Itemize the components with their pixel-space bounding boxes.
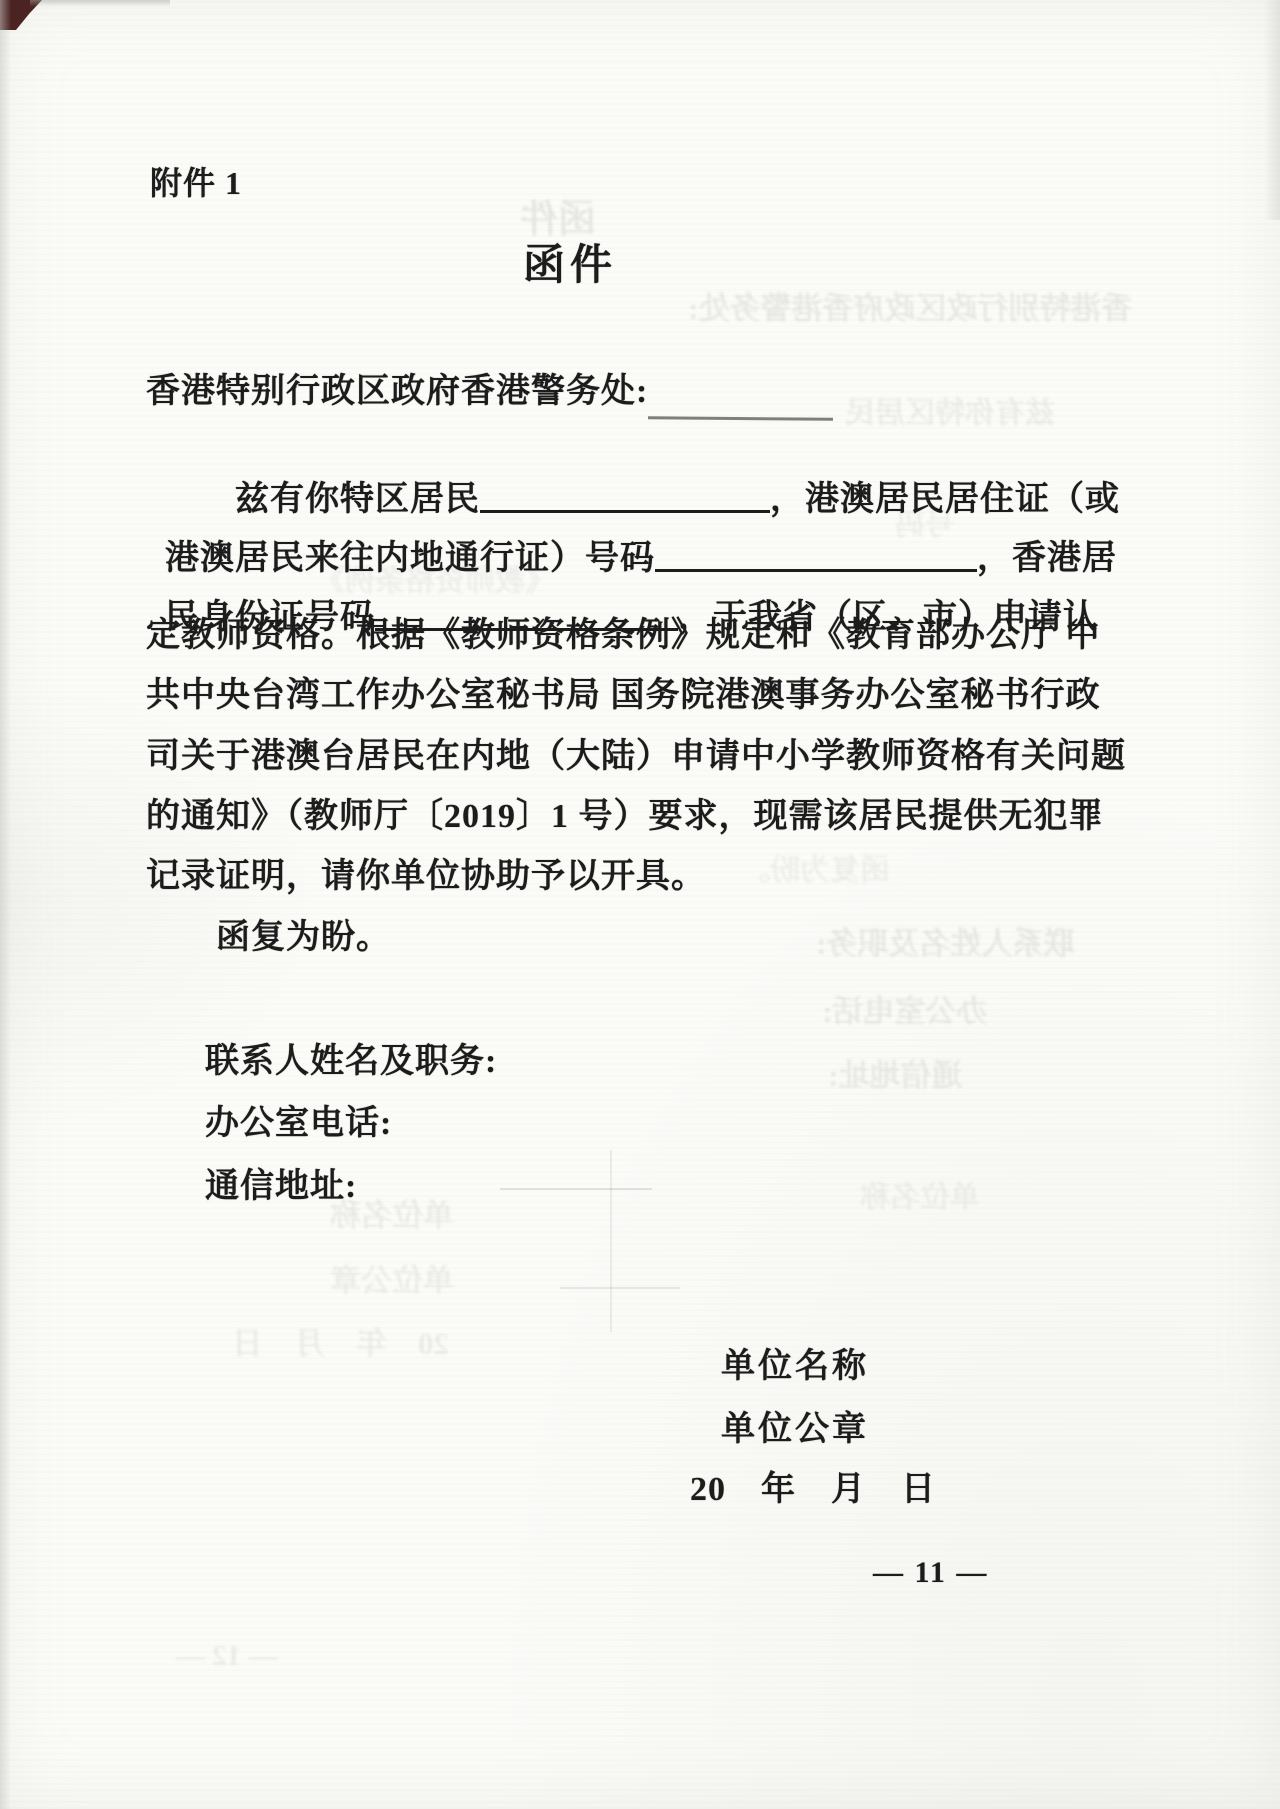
contact-name-label: 联系人姓名及职务:: [205, 1042, 497, 1081]
body-line: 定教师资格。根据《教师资格条例》规定和《教育部办公厅 中: [146, 616, 1101, 655]
body-line: 共中央台湾工作办公室秘书局 国务院港澳事务办公室秘书行政: [146, 676, 1101, 715]
letter-title: 函件: [523, 242, 617, 290]
signature-unit-name: 单位名称: [721, 1347, 869, 1386]
contact-address-label: 通信地址:: [205, 1167, 357, 1206]
signature-unit-seal: 单位公章: [721, 1410, 869, 1449]
body-line: 司关于港澳台居民在内地（大陆）申请中小学教师资格有关问题: [146, 737, 1126, 776]
body-line: 记录证明，请你单位协助予以开具。: [146, 857, 706, 896]
scan-right-edge-shadow: [1264, 0, 1280, 220]
scan-top-edge-shadow: [30, 0, 170, 7]
attachment-label: 附件 1: [150, 165, 242, 202]
signature-date-line: 20 年 月 日: [690, 1470, 936, 1509]
page-number: — 11 —: [873, 1556, 988, 1591]
scan-left-edge-shadow: [0, 0, 11, 1809]
body-line: 的通知》（教师厅〔2019〕1 号）要求，现需该居民提供无犯罪: [146, 797, 1104, 836]
scanned-page-background: [0, 0, 1280, 1809]
salutation: 香港特别行政区政府香港警务处:: [146, 372, 648, 411]
closing-line: 函复为盼。: [216, 918, 391, 957]
contact-phone-label: 办公室电话:: [205, 1104, 392, 1143]
